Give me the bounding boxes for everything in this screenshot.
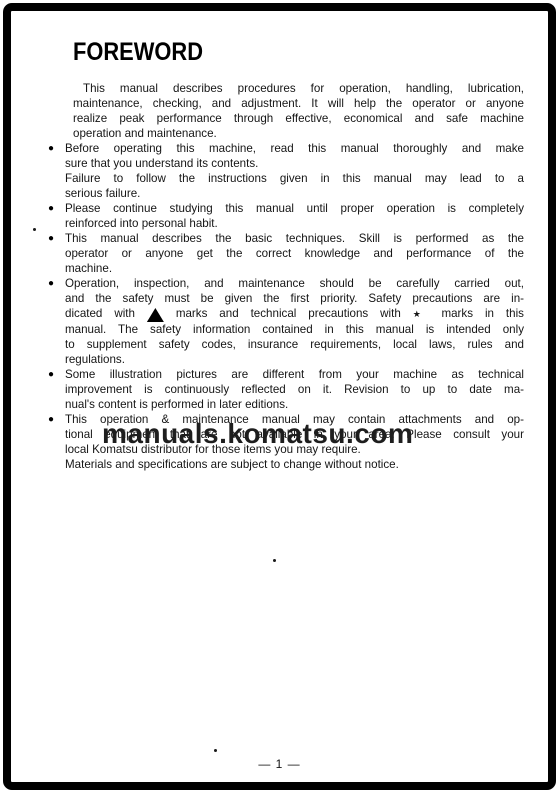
bullet-marker: ● (48, 201, 54, 216)
text-segment: dicated with (65, 307, 135, 320)
foreword-content: This manual describes procedures for ope… (48, 81, 524, 472)
text-line: Materials and specifications are subject… (65, 457, 524, 472)
text-line: maintenance, checking, and adjustment. I… (73, 96, 524, 111)
scan-speck (214, 749, 217, 752)
text-line: and the safety must be given the first p… (65, 291, 524, 306)
text-line: serious failure. (65, 186, 524, 201)
bullet-item: ● Before operating this machine, read th… (48, 141, 524, 201)
bullet-marker: ● (48, 231, 54, 246)
text-line: operation and maintenance. (73, 126, 524, 141)
text-line: realize peak performance through effecti… (73, 111, 524, 126)
text-line: This manual describes procedures for ope… (73, 81, 524, 96)
text-line: manual. The safety information contained… (65, 322, 524, 337)
page-title: FOREWORD (73, 40, 203, 65)
intro-paragraph: This manual describes procedures for ope… (73, 81, 524, 141)
text-segment: marks in this (441, 307, 524, 320)
bullet-marker: ● (48, 276, 54, 291)
text-line: Before operating this machine, read this… (65, 141, 524, 156)
text-line: improvement is continuously reflected on… (65, 382, 524, 397)
text-line: operator or anyone get the correct knowl… (65, 246, 524, 261)
warning-triangle-icon: ! (147, 308, 164, 322)
watermark-text: manuals.komatsu.com (102, 420, 413, 448)
bullet-marker: ● (48, 412, 54, 427)
text-line: nual's content is performed in later edi… (65, 397, 524, 412)
text-line: regulations. (65, 352, 524, 367)
text-line: Operation, inspection, and maintenance s… (65, 276, 524, 291)
bullet-item: ● Please continue studying this manual u… (48, 201, 524, 231)
page-number: — 1 — (0, 757, 559, 771)
text-line: sure that you understand its contents. (65, 156, 524, 171)
exclamation-glyph: ! (147, 308, 164, 324)
text-line: Some illustration pictures are different… (65, 367, 524, 382)
bullet-item: ● Some illustration pictures are differe… (48, 367, 524, 412)
text-line: to supplement safety codes, insurance re… (65, 337, 524, 352)
bullet-item: ● Operation, inspection, and maintenance… (48, 276, 524, 367)
text-segment: marks and technical precautions with (176, 307, 401, 320)
text-line: This manual describes the basic techniqu… (65, 231, 524, 246)
text-line: Please continue studying this manual unt… (65, 201, 524, 216)
text-line: Failure to follow the instructions given… (65, 171, 524, 186)
bullet-marker: ● (48, 367, 54, 382)
text-line: reinforced into personal habit. (65, 216, 524, 231)
bullet-marker: ● (48, 141, 54, 156)
scan-speck (273, 559, 276, 562)
star-icon: ★ (413, 309, 430, 319)
scan-speck (33, 228, 36, 231)
bullet-item: ● This manual describes the basic techni… (48, 231, 524, 276)
manual-page: FOREWORD This manual describes procedure… (0, 0, 559, 793)
text-line-with-icons: dicated with ! marks and technical preca… (65, 306, 524, 322)
text-line: machine. (65, 261, 524, 276)
